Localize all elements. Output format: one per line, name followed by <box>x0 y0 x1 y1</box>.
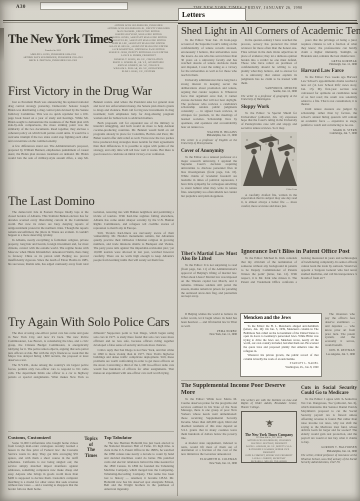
letters-page-column: Shed Light in All Corners of Academic Te… <box>181 26 358 489</box>
letter-paragraph: To the Editor: As a tenured professor at… <box>181 156 237 199</box>
letter-heading-harvard-law-farce: Harvard Law Farce <box>301 69 357 75</box>
letter-signature: Walter B. Higgins Philadelphia, Jan. 15,… <box>181 131 237 138</box>
letter-paragraph: If Beijing wishes the world to believe i… <box>181 313 237 329</box>
letters-section-label: Letters <box>182 10 205 19</box>
letter-signature: Stanley L. Nadel Washington, Pa., Jan. 8… <box>244 362 319 369</box>
patent-letter-continued: The inventors who pay the office's fees … <box>325 313 355 377</box>
writer-note: The writers are with the Institute on La… <box>241 399 297 410</box>
letters-column-3: years that the privilege of being a juro… <box>301 39 357 247</box>
topics-item-customs: Customs, Customized Some 31,000 Californ… <box>8 435 78 501</box>
mencken-letter-highlight-box[interactable]: Mencken and the Jews To the Editor: Re H… <box>240 313 322 377</box>
writer-note: The writer is a professor of geography a… <box>241 95 297 102</box>
medicare-letter: Cuts in Social Security Could Go to Medi… <box>301 383 357 489</box>
company-name: The New York Times Company <box>244 433 294 437</box>
letter-heading-sloppy-work: Sloppy Work <box>241 105 297 111</box>
letters-row-middle: Tibet's Martial Law Must Also Be Lifted … <box>181 249 358 311</box>
letter-signature: Joel B. Reitman Los Angeles, Jan. 5, 199… <box>325 349 355 356</box>
writer-note: The writer is a professor of English at … <box>181 139 237 146</box>
ssi-letter-column-2: The writers are with the Institute on La… <box>241 398 297 489</box>
letter-heading-supplemental-income: The Supplemental Income Poor Deserve Mor… <box>181 383 297 396</box>
topics-label: TopicsofTheTimes <box>81 435 101 501</box>
letter-signature: Greta Korshak Pittsburgh, Jan. 12, 1990 <box>301 60 357 67</box>
letter-paragraph: years that the privilege of being a juro… <box>301 39 357 59</box>
letter-paragraph: Whatever his private growls, the public … <box>244 354 319 361</box>
tibet-letter: Tibet's Martial Law Must Also Be Lifted … <box>181 249 237 311</box>
masthead-name-line: Elise J. Ross, V.P., Systems <box>103 71 174 74</box>
letter-paragraph: To the Editor: Re H. L. Mencken's allege… <box>244 325 319 354</box>
letter-paragraph: To the Editor: Your Jan. 16 front-page a… <box>181 39 237 78</box>
header-highlight-box[interactable] <box>40 2 128 10</box>
letter-signature: Sanford R. Mercer Seattle, Jan. 12, 1990 <box>241 87 297 94</box>
editorial-paragraph: The idea of using one-officer patrol car… <box>8 332 89 363</box>
editorial-paragraph: Just as President Bush was announcing hi… <box>8 101 89 144</box>
letter-paragraph: To the Editor: Two weeks ago Harvard Law… <box>301 76 357 107</box>
topics-of-the-times: Customs, Customized Some 31,000 Californ… <box>8 431 174 501</box>
letters-row-mencken: If Beijing wishes the world to believe i… <box>181 313 358 377</box>
editorial-title-drug-war: First Victory in the Drug War <box>8 84 174 99</box>
letters-column-1: To the Editor: Your Jan. 16 front-page a… <box>181 39 237 247</box>
signature-place-date: Washington, Pa., Jan. 8, 1990 <box>285 366 318 369</box>
signature-place-date: Los Angeles, Jan. 5, 1990 <box>326 353 355 356</box>
letter-paragraph: To the Editor: 'A Special Shield for Uni… <box>241 112 297 132</box>
letters-rule <box>178 23 358 24</box>
letter-signature: Mark D. Stern Cambridge, Jan. 7, 1990 <box>301 129 357 136</box>
letter-paragraph: The inventors who pay the office's fees … <box>325 313 355 348</box>
letter-heading-tibet: Tibet's Martial Law Must Also Be Lifted <box>181 252 237 263</box>
founding-publisher-line: Orvil E. Dryfoos, Publisher 1961-1963 <box>8 60 98 63</box>
graduates-illustration <box>241 132 297 188</box>
topics-item-title: Top Tabulator <box>104 435 174 440</box>
editorial-body-drug-war: Just as President Bush was announcing hi… <box>8 101 174 189</box>
founding-publishers-list: Adolph S. Ochs, Publisher 1896-1935Arthu… <box>8 54 98 63</box>
topics-item-body: Some 31,000 Californians who bought home… <box>8 442 78 493</box>
topics-item-title: Customs, Customized <box>8 435 78 440</box>
founded-line: Founded in 1851 <box>8 49 98 52</box>
letter-heading-medicare: Cuts in Social Security Could Go to Medi… <box>301 386 357 397</box>
editorial-body-last-domino: The democratic tide in Eastern Europe fi… <box>8 211 174 310</box>
letter-paragraph: To the Editor: It is not surprising to r… <box>181 264 237 299</box>
letters-section-label-highlight[interactable]: Letters <box>178 8 246 21</box>
nyt-company-box: The New York Times Company 229 West 43d … <box>241 411 297 463</box>
company-officer-line: Richard G. Miller, Treasurer <box>244 461 294 464</box>
editorial-title-solo-police-cars: Try Again With Solo Police Cars <box>8 315 174 330</box>
ssi-letter-column-1: To the Editor: While Gov. Mario M. Cuomo… <box>181 398 237 489</box>
company-officers-list: Arthur Ochs Sulzberger, ChairmanWalter E… <box>244 440 294 463</box>
letter-paragraph: To the Editor: Michael K. Kirk contends … <box>241 257 357 284</box>
letter-paragraph: University administrators have long had … <box>181 79 237 130</box>
letter-paragraph: To the Editor: I agree with 'A Seductive… <box>301 398 357 445</box>
letters-row-bottom: The Supplemental Income Poor Deserve Mor… <box>181 380 358 489</box>
center-column-rule <box>177 25 178 496</box>
signature-place-date: Seattle, Jan. 12, 1990 <box>273 90 297 93</box>
nyt-nameplate-logo: The New York Times <box>8 32 98 47</box>
editorial-paragraph: The democratic tide in Eastern Europe fi… <box>8 211 89 238</box>
editorial-paragraph: Both proposals call for expanded use of … <box>94 122 175 157</box>
signature-place-date: Philadelphia, Jan. 15, 1990 <box>207 134 237 137</box>
topics-label-line: Times <box>81 454 101 460</box>
editorial-page-column: The New York Times Founded in 1851 Adolp… <box>8 24 174 501</box>
ssi-letter: The Supplemental Income Poor Deserve Mor… <box>181 383 297 489</box>
letter-signature: Pema Norbu New York, Jan. 11, 1990 <box>181 330 237 337</box>
letter-paragraph: A carefully drafted file, written in the… <box>241 194 297 210</box>
letter-paragraph: Until tenure dossiers are judged by scho… <box>301 108 357 128</box>
tibet-letter-continued: If Beijing wishes the world to believe i… <box>181 313 237 377</box>
letter-signature: Elizabeth R. Coleman New York, Jan. 12, … <box>181 458 237 465</box>
signature-place-date: New York, Jan. 11, 1990 <box>209 333 237 336</box>
letters-column-2: In the quarter-century I have watched th… <box>241 39 297 247</box>
nameplate-block: The New York Times Founded in 1851 Adolp… <box>8 24 98 79</box>
illustration-credit: Eldon Lane <box>241 189 297 193</box>
letter-paragraph: To the Editor: While Gov. Mario M. Cuomo… <box>181 398 237 441</box>
editorial-title-last-domino: The Last Domino <box>8 194 174 209</box>
letter-heading-mencken: Mencken and the Jews <box>244 316 319 323</box>
letter-paragraph: A modest state supplement, indexed to re… <box>181 442 237 458</box>
signature-place-date: Cambridge, Jan. 7, 1990 <box>330 132 357 135</box>
masthead-names-list: Arthur Ochs Sulzberger, PublisherArthur … <box>103 24 174 79</box>
topics-item-tabulator: Top Tabulator The late Herman Hollerith … <box>104 435 174 501</box>
signature-place-date: Pittsburgh, Jan. 12, 1990 <box>329 63 357 66</box>
editorial-paragraph: Critics reply that San Diego is not New … <box>94 349 175 376</box>
writer-note: The writer, retired professor of insuran… <box>301 454 357 465</box>
scan-smudge <box>0 28 4 62</box>
nyt-company-emblem-icon <box>265 420 274 427</box>
newspaper-page: A30 L The New York Times, Friday, Januar… <box>0 0 360 501</box>
editorial-paragraph: Still, Tirana's hard-liners are nervousl… <box>94 232 175 263</box>
letters-row-top: To the Editor: Your Jan. 16 front-page a… <box>181 39 358 247</box>
letter-heading-cover-of-anonymity: Cover of Anonymity <box>181 149 237 155</box>
masthead: The New York Times Founded in 1851 Adolp… <box>8 24 174 79</box>
letter-signature: Gordon T. Halvorsen Philadelphia, Jan. 1… <box>301 446 357 453</box>
page-number: A30 <box>16 5 26 10</box>
topics-item-body: The late Herman Hollerith has just been … <box>104 442 174 493</box>
letters-lead-headline: Shed Light in All Corners of Academic Te… <box>181 26 358 37</box>
letter-paragraph: In the quarter-century I have watched th… <box>241 39 297 86</box>
editorial-body-solo-police-cars: The idea of using one-officer patrol car… <box>8 332 174 425</box>
patent-letter: Ignorance Isn't Bliss in Patent Office P… <box>241 249 357 311</box>
signature-place-date: New York, Jan. 12, 1990 <box>209 462 237 465</box>
letter-heading-patent-office: Ignorance Isn't Bliss in Patent Office P… <box>241 249 357 256</box>
